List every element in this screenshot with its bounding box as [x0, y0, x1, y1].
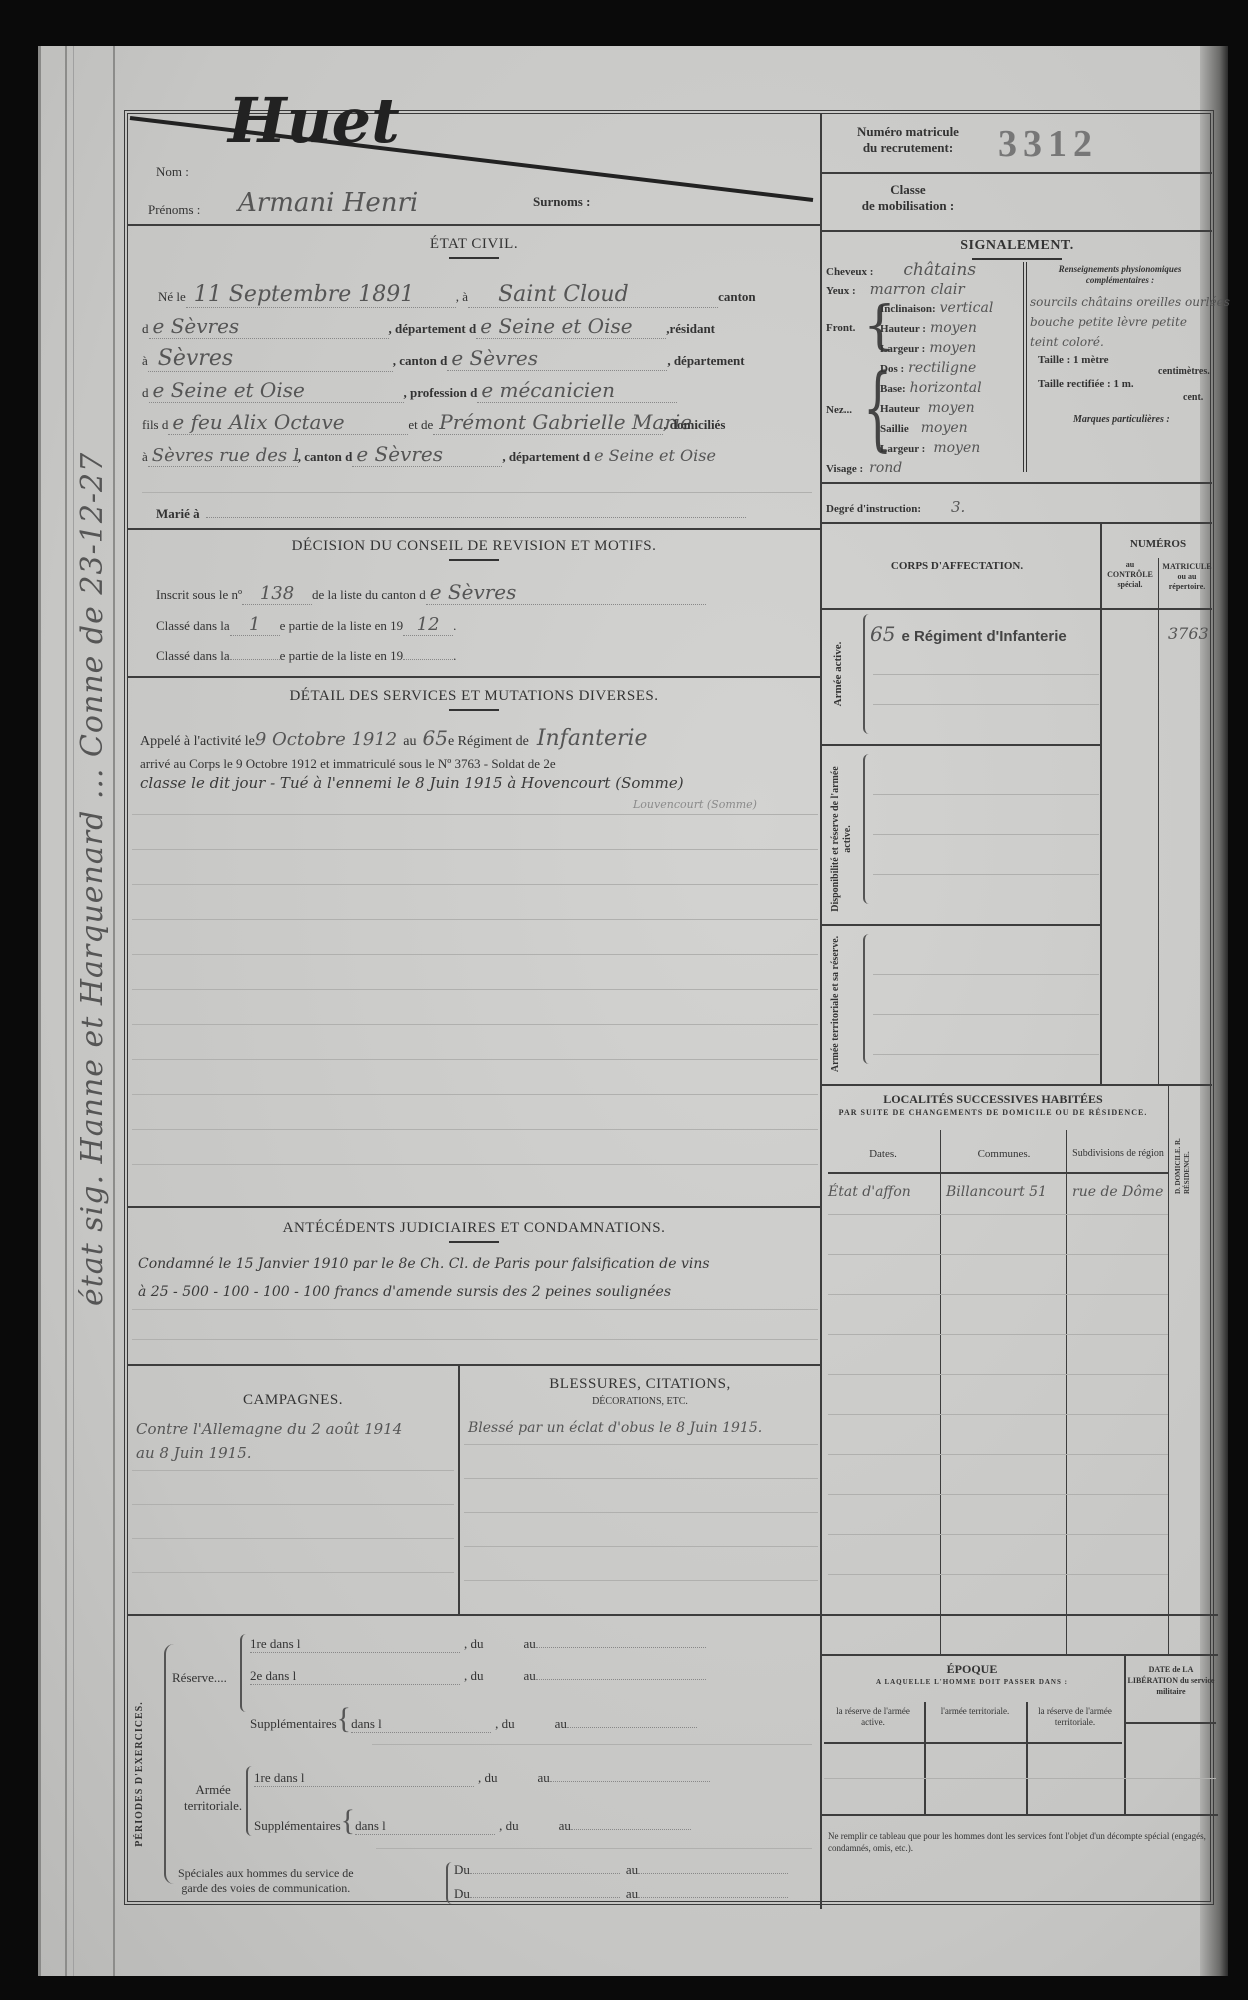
localite-subdivision: rue de Dôme — [1072, 1184, 1163, 1200]
nez-hauteur-value: moyen — [920, 400, 975, 416]
services-line-3: classe le dit jour - Tué à l'ennemi le 8… — [140, 774, 684, 792]
residence-departement: e Seine et Oise — [149, 378, 404, 403]
renseignements-title: Renseignements physionomiques complément… — [1030, 264, 1210, 286]
ruled-line — [132, 1059, 818, 1060]
section-label-active: Armée active. — [832, 614, 845, 734]
profession-row: d e Seine et Oise , profession d e mécan… — [142, 378, 677, 403]
column-divider — [1066, 1130, 1067, 1654]
periodes-label: PÉRIODES D'EXERCICES. — [134, 1674, 145, 1874]
territoriale-row-1: 1re dans l , du au — [254, 1770, 710, 1787]
classe1-row: Classé dans la 1 e partie de la liste en… — [156, 614, 456, 636]
ruled-line — [132, 1309, 818, 1310]
col-dates: Dates. — [828, 1148, 938, 1160]
territoriale-label: Armée territoriale. — [184, 1782, 242, 1814]
brace-icon — [246, 1766, 254, 1836]
prenoms-value: Armani Henri — [238, 188, 418, 218]
ruled-line — [132, 1538, 454, 1539]
col-communes: Communes. — [942, 1148, 1066, 1160]
strike-line — [128, 114, 818, 204]
services-line-1: Appelé à l'activité le 9 Octobre 1912 au… — [140, 726, 648, 751]
territoriale-supplementaires-row: Supplémentaires { dans l , du au — [254, 1804, 691, 1838]
father-name: e feu Alix Octave — [168, 410, 408, 435]
col-reserve-territoriale: la réserve de l'armée territoriale. — [1028, 1706, 1122, 1728]
divider — [822, 1654, 1218, 1656]
ruled-line — [132, 989, 818, 990]
liberation-title: DATE de LA LIBÉRATION du service militai… — [1126, 1664, 1216, 1697]
brace-icon — [863, 754, 871, 904]
birth-date: 11 Septembre 1891 — [186, 282, 456, 308]
classe1-value: 1 — [230, 614, 280, 636]
taille-rectifiee-unit: cent. — [1183, 392, 1203, 403]
numeros-title: NUMÉROS — [1102, 538, 1214, 550]
divider — [828, 1172, 1168, 1174]
services-line-2: arrivé au Corps le 9 Octobre 1912 et imm… — [140, 756, 556, 772]
signalement-title: SIGNALEMENT. — [822, 238, 1212, 260]
blank-line — [142, 492, 812, 493]
ruled-line — [828, 1414, 1168, 1415]
speciales-row-2: Du au — [454, 1886, 788, 1902]
domicile-residence-label: D. DOMICILE. R. RÉSIDENCE. — [1174, 1104, 1192, 1194]
nez-saillie-value: moyen — [909, 420, 968, 436]
ruled-line — [873, 674, 1099, 675]
divider — [128, 224, 820, 226]
front-largeur-row: Largeur : moyen — [880, 340, 976, 356]
matricule-number: 3312 — [998, 122, 1098, 166]
blessures-subtitle: DÉCORATIONS, ETC. — [460, 1396, 820, 1407]
marques-label: Marques particulières : — [1073, 414, 1170, 425]
front-inclinaison-row: Inclinaison: vertical — [880, 300, 993, 316]
nez-dos-value: rectiligne — [904, 360, 976, 376]
cheveux-value: châtains — [873, 260, 976, 280]
ruled-line — [464, 1580, 818, 1581]
brace-icon — [240, 1634, 248, 1712]
nez-largeur-row: Largeur : moyen — [880, 440, 980, 456]
birth-place: Saint Cloud — [468, 282, 718, 308]
margin-annotation: état sig. Hanne et Harquenard ... Conne … — [75, 452, 110, 1306]
col-reserve-active: la réserve de l'armée active. — [824, 1706, 922, 1728]
ruled-line — [828, 1254, 1168, 1255]
prenoms-label: Prénoms : — [148, 202, 200, 218]
ruled-line — [828, 1294, 1168, 1295]
ruled-line — [873, 834, 1099, 835]
epoque-subtitle: A LAQUELLE L'HOMME DOIT PASSER DANS : — [822, 1678, 1122, 1686]
birth-departement: e Seine et Oise — [476, 314, 666, 339]
ruled-line — [873, 874, 1099, 875]
divider — [822, 230, 1212, 232]
ruled-line — [464, 1512, 818, 1513]
reserve-row-2: 2e dans l , du au — [250, 1668, 706, 1685]
divider — [822, 744, 1100, 746]
front-label: Front. — [826, 322, 855, 334]
brace-icon — [446, 1862, 454, 1904]
section-label-disponibilite: Disponibilité et réserve de l'armée acti… — [830, 754, 854, 924]
brace-icon — [863, 934, 871, 1064]
epoque-title: ÉPOQUE — [822, 1662, 1122, 1677]
taille-label: Taille : 1 mètre — [1038, 354, 1109, 366]
ruled-line — [132, 1164, 818, 1165]
parents-canton: e Sèvres — [352, 442, 502, 467]
matricule-label-1: Numéro matricule — [828, 124, 988, 140]
parents-departement: e Seine et Oise — [590, 446, 716, 465]
divider — [822, 608, 1212, 610]
ruled-line — [873, 704, 1099, 705]
divider — [128, 1364, 820, 1366]
divider — [128, 528, 820, 530]
col-controle: au CONTRÔLE spécial. — [1102, 560, 1158, 590]
marie-row: Marié à — [156, 506, 746, 522]
corps-title: CORPS D'AFFECTATION. — [822, 560, 1092, 572]
ruled-line — [828, 1534, 1168, 1535]
divider — [822, 522, 1212, 524]
nez-hauteur-row: Hauteur moyen — [880, 400, 975, 416]
birth-canton: e Sèvres — [149, 314, 389, 339]
residence-row: à Sèvres , canton d e Sèvres , départeme… — [142, 346, 745, 372]
degre-value: 3. — [921, 498, 965, 516]
profession-value: e mécanicien — [477, 378, 677, 403]
front-hauteur-value: moyen — [926, 320, 977, 336]
column-divider — [1168, 1086, 1169, 1654]
epoque-note: Ne remplir ce tableau que pour les homme… — [828, 1830, 1214, 1854]
ruled-line — [828, 1334, 1168, 1335]
campagnes-title: CAMPAGNES. — [128, 1392, 458, 1409]
ruled-line — [132, 814, 818, 815]
front-hauteur-row: Hauteur : moyen — [880, 320, 977, 336]
inscrit-row: Inscrit sous le nº 138 de la liste du ca… — [156, 580, 706, 605]
divider — [128, 1206, 820, 1208]
nez-label: Nez... — [826, 404, 852, 416]
ruled-line — [132, 1572, 454, 1573]
etat-civil-title: ÉTAT CIVIL. — [128, 236, 820, 259]
divider — [128, 676, 820, 678]
ruled-line — [132, 1470, 454, 1471]
nom-label: Nom : — [156, 164, 189, 180]
matricule-form: Huet Nom : Prénoms : Armani Henri Surnom… — [124, 110, 1214, 1905]
ruled-line — [873, 1054, 1099, 1055]
ruled-line — [464, 1444, 818, 1445]
column-divider — [940, 1130, 941, 1654]
antecedents-line-2: à 25 - 500 - 100 - 100 - 100 francs d'am… — [138, 1284, 671, 1300]
nez-base-row: Base: horizontal — [880, 380, 982, 396]
divider — [128, 1614, 1218, 1616]
parents-domicile: Sèvres rue des Écoles n°3 — [148, 445, 298, 467]
section-label-territoriale: Armée territoriale et sa réserve. — [830, 934, 842, 1074]
visage-value: rond — [863, 460, 902, 476]
divider — [824, 1742, 1122, 1744]
speciales-row-1: Du au — [454, 1862, 788, 1878]
ruled-line — [132, 954, 818, 955]
parents-row: fils d e feu Alix Octave et de Prémont G… — [142, 410, 725, 435]
ruled-line — [873, 974, 1099, 975]
blessures-line-1: Blessé par un éclat d'obus le 8 Juin 191… — [468, 1420, 762, 1436]
taille-rectifiee-label: Taille rectifiée : 1 m. — [1038, 378, 1134, 390]
nez-base-value: horizontal — [906, 380, 982, 396]
birth-row: Né le 11 Septembre 1891 , à Saint Cloud … — [158, 282, 756, 308]
column-divider — [820, 1654, 822, 1909]
ruled-line — [376, 1848, 812, 1849]
services-title: DÉTAIL DES SERVICES ET MUTATIONS DIVERSE… — [128, 688, 820, 711]
reserve-label: Réserve.... — [172, 1670, 227, 1686]
antecedents-title: ANTÉCÉDENTS JUDICIAIRES ET CONDAMNATIONS… — [128, 1220, 820, 1243]
localites-subtitle: PAR SUITE DE CHANGEMENTS DE DOMICILE OU … — [828, 1108, 1158, 1117]
ruled-line — [828, 1374, 1168, 1375]
divider — [822, 482, 1212, 484]
ruled-line — [132, 884, 818, 885]
ruled-line — [132, 1504, 454, 1505]
speciales-label: Spéciales aux hommes du service de garde… — [178, 1866, 354, 1896]
mother-name: Prémont Gabrielle Marie — [433, 410, 663, 435]
decision-title: DÉCISION DU CONSEIL DE REVISION ET MOTIF… — [128, 538, 820, 561]
taille-unit: centimètres. — [1158, 366, 1210, 377]
ruled-line — [132, 849, 818, 850]
nez-largeur-value: moyen — [925, 440, 980, 456]
reserve-row-1: 1re dans l , du au — [250, 1636, 706, 1653]
blessures-title: BLESSURES, CITATIONS, — [460, 1376, 820, 1393]
degre-row: Degré d'instruction: 3. — [826, 498, 965, 516]
ruled-line — [873, 794, 1099, 795]
ruled-line — [828, 1214, 1168, 1215]
front-largeur-value: moyen — [925, 340, 976, 356]
matricule-label-2: du recrutement: — [828, 140, 988, 156]
renseignements-value: sourcils châtains oreilles ourlées bouch… — [1030, 292, 1215, 352]
visage-row: Visage : rond — [826, 460, 902, 476]
inscrit-value: 138 — [242, 583, 312, 605]
campagnes-line-2: au 8 Juin 1915. — [136, 1444, 252, 1462]
ruled-line — [132, 1094, 818, 1095]
services-correction: Louvencourt (Somme) — [633, 798, 757, 811]
double-divider — [1023, 262, 1027, 472]
column-divider — [1158, 558, 1159, 1084]
localites-title: LOCALITÉS SUCCESSIVES HABITÉES — [828, 1092, 1158, 1107]
parents-domicile-row: à Sèvres rue des Écoles n°3 , canton d e… — [142, 442, 716, 467]
ruled-line — [464, 1546, 818, 1547]
active-matricule: 3763 — [1168, 624, 1209, 643]
divider — [822, 1814, 1218, 1816]
ruled-line — [824, 1778, 1216, 1779]
ruled-line — [828, 1574, 1168, 1575]
classe2-row: Classé dans la e partie de la liste en 1… — [156, 648, 456, 664]
ruled-line — [828, 1494, 1168, 1495]
residence-canton: e Sèvres — [447, 346, 667, 371]
col-subdivisions: Subdivisions de région — [1068, 1148, 1168, 1159]
antecedents-line-1: Condamné le 15 Janvier 1910 par le 8e Ch… — [138, 1256, 710, 1272]
active-corps: 65 e Régiment d'Infanterie — [870, 622, 1067, 646]
residence-commune: Sèvres — [148, 346, 393, 372]
localite-commune: Billancourt 51 — [946, 1184, 1047, 1200]
ruled-line — [873, 1014, 1099, 1015]
cheveux-row: Cheveux : châtains — [826, 260, 976, 280]
front-inclinaison-value: vertical — [936, 300, 994, 316]
classe-label-1: Classe — [828, 182, 988, 198]
ruled-line — [464, 1478, 818, 1479]
nez-dos-row: Dos : rectiligne — [880, 360, 976, 376]
column-divider — [924, 1702, 926, 1814]
col-matricule: MATRICULE ou au répertoire. — [1160, 562, 1214, 592]
col-territoriale: l'armée territoriale. — [926, 1706, 1024, 1717]
column-divider — [820, 114, 822, 1654]
divider — [822, 1084, 1212, 1086]
ruled-line — [132, 1339, 818, 1340]
nez-saillie-row: Saillie moyen — [880, 420, 968, 436]
surnoms-label: Surnoms : — [533, 194, 590, 210]
ruled-line — [132, 1024, 818, 1025]
decision-canton: e Sèvres — [426, 580, 706, 605]
classe1-year: 12 — [403, 614, 453, 636]
localite-date: État d'affon — [828, 1184, 911, 1200]
divider — [822, 172, 1212, 174]
campagnes-line-1: Contre l'Allemagne du 2 août 1914 — [136, 1420, 402, 1438]
reserve-supplementaires-row: Supplémentaires { dans l , du au — [250, 1702, 697, 1736]
birth-canton-row: d e Sèvres , département d e Seine et Oi… — [142, 314, 715, 339]
ruled-line — [828, 1454, 1168, 1455]
ruled-line — [372, 1744, 812, 1745]
ruled-line — [132, 919, 818, 920]
classe-label-2: de mobilisation : — [828, 198, 988, 214]
divider — [1126, 1722, 1216, 1724]
ruled-line — [132, 1129, 818, 1130]
divider — [822, 924, 1100, 926]
